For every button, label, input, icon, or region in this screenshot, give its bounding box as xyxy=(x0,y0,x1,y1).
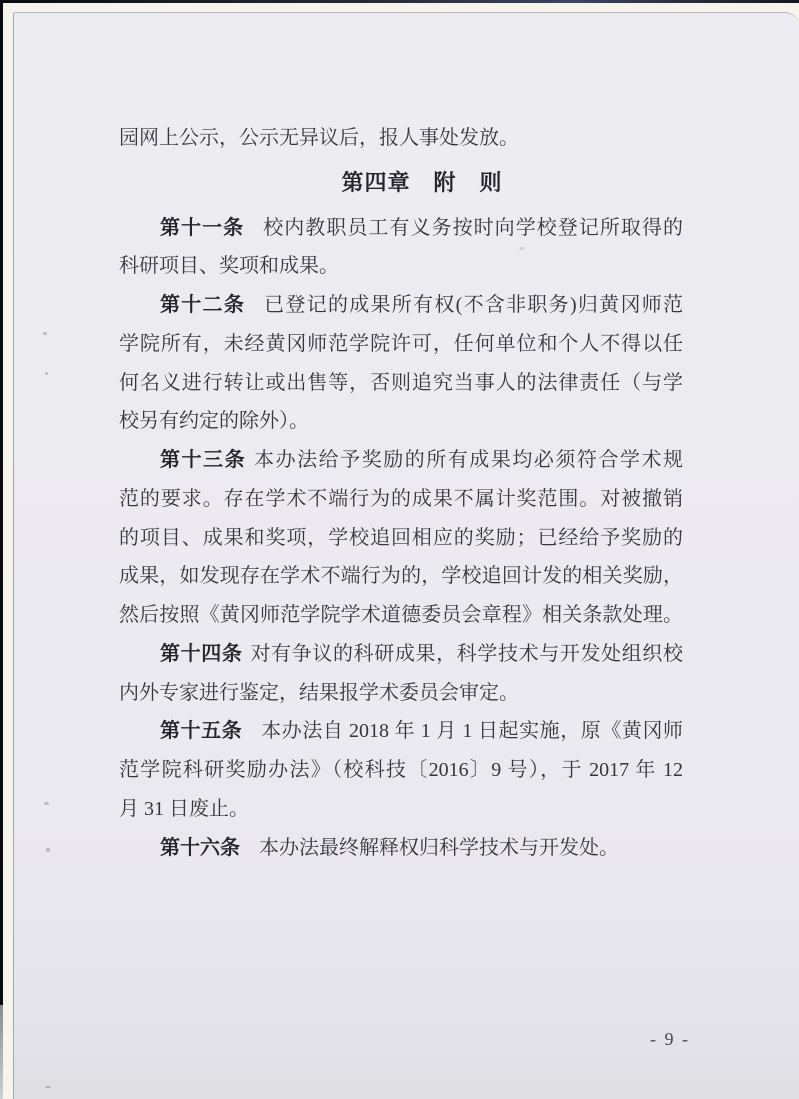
scan-edge-top xyxy=(0,0,799,3)
article-13-line-3: 的项目、成果和奖项，学校追回相应的奖励；已经给予奖励的 xyxy=(119,519,683,558)
article-14-text-1: 对有争议的科研成果，科学技术与开发处组织校 xyxy=(251,643,684,665)
article-12-line-2: 学院所有，未经黄冈师范学院许可，任何单位和个人不得以任 xyxy=(119,325,683,364)
article-12-line-4: 校另有约定的除外）。 xyxy=(119,402,683,441)
chapter-heading: 第四章 附 则 xyxy=(140,164,704,203)
article-11-line-1: 第十一条校内教职员工有义务按时向学校登记所取得的 xyxy=(119,209,683,248)
article-12-line-3: 何名义进行转让或出售等，否则追究当事人的法律责任（与学 xyxy=(119,364,683,403)
article-12-text-1: 已登记的成果所有权(不含非职务)归黄冈师范 xyxy=(264,294,683,316)
scan-speck xyxy=(46,848,50,852)
scan-speck xyxy=(45,1086,51,1088)
article-14: 第十四条对有争议的科研成果，科学技术与开发处组织校 内外专家进行鉴定，结果报学术… xyxy=(119,635,683,713)
scan-speck xyxy=(43,332,47,335)
scan-edge-left-lower xyxy=(0,1005,3,1099)
article-11-line-2: 科研项目、奖项和成果。 xyxy=(119,247,683,286)
article-12-line-1: 第十二条已登记的成果所有权(不含非职务)归黄冈师范 xyxy=(119,286,683,325)
article-16-line-1: 第十六条本办法最终解释权归科学技术与开发处。 xyxy=(119,829,683,868)
scan-speck xyxy=(44,802,49,805)
article-13-line-1: 第十三条本办法给予奖励的所有成果均必须符合学术规 xyxy=(119,441,683,480)
scan-speck xyxy=(519,247,525,250)
paper-sheet: 园网上公示，公示无异议后，报人事处发放。 第四章 附 则 第十一条校内教职员工有… xyxy=(13,12,799,1099)
article-16: 第十六条本办法最终解释权归科学技术与开发处。 xyxy=(119,829,683,868)
article-14-label: 第十四条 xyxy=(160,643,243,665)
article-13: 第十三条本办法给予奖励的所有成果均必须符合学术规 范的要求。存在学术不端行为的成… xyxy=(119,441,683,635)
article-13-line-4: 成果，如发现存在学术不端行为的，学校追回计发的相关奖励， xyxy=(119,557,683,596)
document-content: 园网上公示，公示无异议后，报人事处发放。 第四章 附 则 第十一条校内教职员工有… xyxy=(119,119,683,867)
article-14-line-2: 内外专家进行鉴定，结果报学术委员会审定。 xyxy=(119,674,683,713)
article-15-text-1: 本办法自 2018 年 1 月 1 日起实施，原《黄冈师 xyxy=(261,720,683,742)
article-13-text-1: 本办法给予奖励的所有成果均必须符合学术规 xyxy=(254,449,683,471)
article-13-line-5: 然后按照《黄冈师范学院学术道德委员会章程》相关条款处理。 xyxy=(119,596,683,635)
article-11-label: 第十一条 xyxy=(160,217,244,239)
article-14-line-1: 第十四条对有争议的科研成果，科学技术与开发处组织校 xyxy=(119,635,683,674)
article-16-label: 第十六条 xyxy=(160,837,240,859)
page-number: - 9 - xyxy=(650,1029,690,1050)
article-11: 第十一条校内教职员工有义务按时向学校登记所取得的 科研项目、奖项和成果。 xyxy=(119,209,683,287)
article-15-line-2: 范学院科研奖励办法》（校科技〔2016〕9 号），于 2017 年 12 xyxy=(119,751,683,790)
scan-edge-left xyxy=(0,0,3,1005)
scan-speck xyxy=(45,372,48,375)
article-15-line-3: 月 31 日废止。 xyxy=(119,790,683,829)
article-13-label: 第十三条 xyxy=(160,449,246,471)
article-12: 第十二条已登记的成果所有权(不含非职务)归黄冈师范 学院所有，未经黄冈师范学院许… xyxy=(119,286,683,441)
article-12-label: 第十二条 xyxy=(160,294,245,316)
article-15: 第十五条本办法自 2018 年 1 月 1 日起实施，原《黄冈师 范学院科研奖励… xyxy=(119,712,683,828)
intro-line: 园网上公示，公示无异议后，报人事处发放。 xyxy=(119,119,683,158)
article-13-line-2: 范的要求。存在学术不端行为的成果不属计奖范围。对被撤销 xyxy=(119,480,683,519)
article-16-text-1: 本办法最终解释权归科学技术与开发处。 xyxy=(259,837,619,859)
article-11-text-1: 校内教职员工有义务按时向学校登记所取得的 xyxy=(263,217,683,239)
article-15-label: 第十五条 xyxy=(160,720,242,742)
article-15-line-1: 第十五条本办法自 2018 年 1 月 1 日起实施，原《黄冈师 xyxy=(119,712,683,751)
